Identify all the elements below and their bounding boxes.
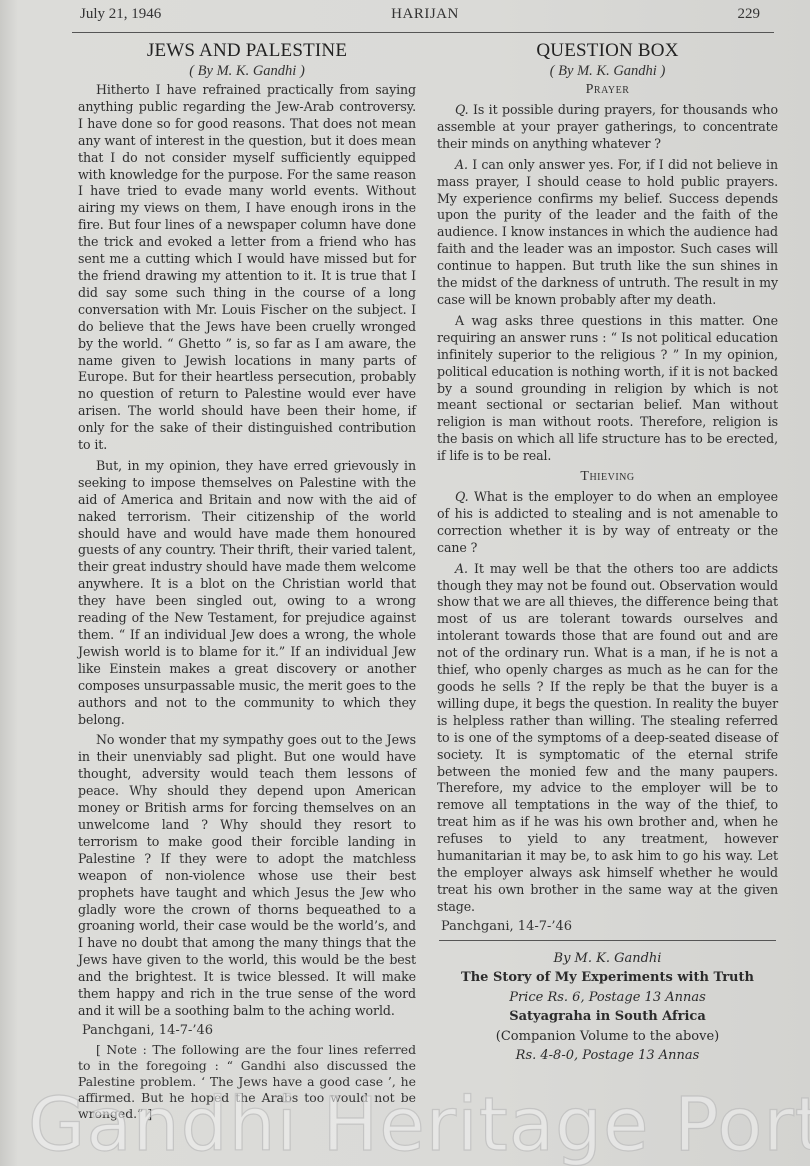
ad-book2-price: Rs. 4-8-0, Postage 13 Annas	[437, 1046, 778, 1066]
answer-paragraph: A. I can only answer yes. For, if I did …	[437, 157, 778, 309]
article-dateline: Panchgani, 14-7-’46	[441, 919, 778, 934]
question-text: What is the employer to do when an emplo…	[437, 489, 778, 555]
article-dateline: Panchgani, 14-7-’46	[82, 1023, 416, 1038]
question-paragraph: Q. Is it possible during prayers, for th…	[437, 102, 778, 153]
paragraph-text: A wag asks three questions in this matte…	[437, 313, 778, 463]
advertisement-divider	[439, 940, 776, 941]
question-text: Is it possible during prayers, for thous…	[437, 102, 778, 151]
ad-book1-price: Price Rs. 6, Postage 13 Annas	[437, 988, 778, 1008]
editor-note: [ Note : The following are the four line…	[78, 1042, 416, 1122]
question-paragraph: Q. What is the employer to do when an em…	[437, 489, 778, 557]
article-paragraph: No wonder that my sympathy goes out to t…	[78, 732, 416, 1019]
article-byline: ( By M. K. Gandhi )	[437, 63, 778, 80]
ad-byline: By M. K. Gandhi	[437, 949, 778, 969]
article-title: JEWS AND PALESTINE	[78, 40, 416, 62]
answer-label: A.	[455, 157, 468, 172]
ad-book1-title: The Story of My Experiments with Truth	[437, 968, 778, 988]
article-paragraph: Hitherto I have refrained practically fr…	[78, 82, 416, 454]
article-paragraph: A wag asks three questions in this matte…	[437, 313, 778, 465]
question-label: Q.	[455, 489, 469, 504]
article-paragraph: But, in my opinion, they have erred grie…	[78, 458, 416, 729]
header-divider	[72, 32, 774, 33]
ad-book2-title: Satyagraha in South Africa	[437, 1007, 778, 1027]
ad-book2-subtitle: (Companion Volume to the above)	[437, 1027, 778, 1047]
answer-label: A.	[455, 561, 468, 576]
right-column-article: QUESTION BOX ( By M. K. Gandhi ) Prayer …	[437, 38, 778, 1066]
page-header: July 21, 1946 HARIJAN 229	[80, 6, 770, 30]
article-title: QUESTION BOX	[437, 40, 778, 62]
book-advertisement: By M. K. Gandhi The Story of My Experime…	[437, 949, 778, 1066]
question-label: Q.	[455, 102, 469, 117]
newspaper-name: HARIJAN	[80, 6, 770, 23]
section-heading-thieving: Thieving	[437, 469, 778, 485]
article-byline: ( By M. K. Gandhi )	[78, 63, 416, 80]
answer-paragraph: A. It may well be that the others too ar…	[437, 561, 778, 916]
page-number: 229	[738, 6, 761, 23]
answer-text: I can only answer yes. For, if I did not…	[437, 157, 778, 307]
section-heading-prayer: Prayer	[437, 82, 778, 98]
left-column-article: JEWS AND PALESTINE ( By M. K. Gandhi ) H…	[78, 38, 416, 1122]
answer-text: It may well be that the others too are a…	[437, 561, 778, 914]
